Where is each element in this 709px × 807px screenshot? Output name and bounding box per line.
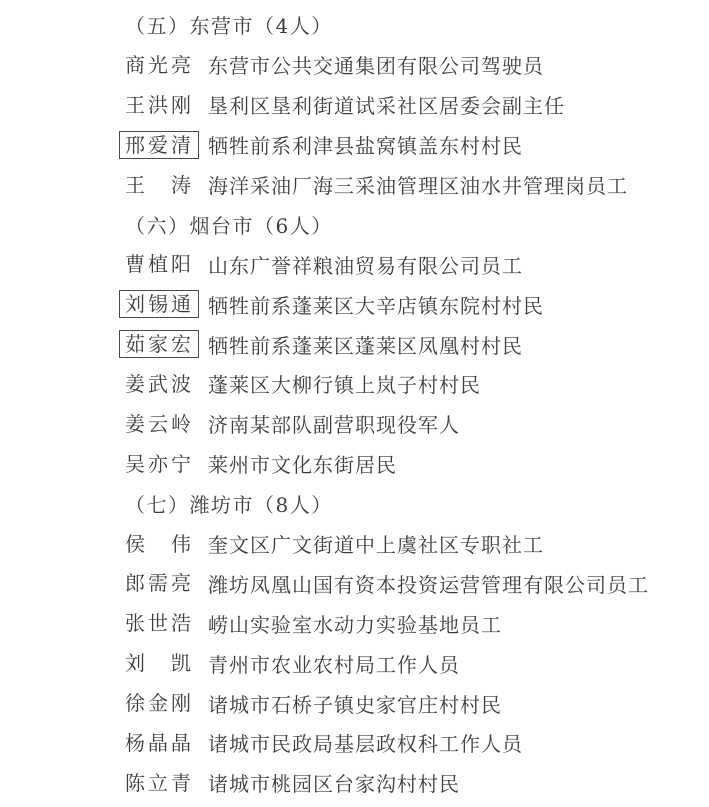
section-header-2: （六）烟台市（6人） [125, 204, 689, 244]
person-entry: 刘 凯青州市农业农村局工作人员 [125, 643, 689, 683]
person-description: 海洋采油厂海三采油管理区油水井管理岗员工 [208, 170, 628, 199]
person-description: 垦利区垦利街道试采社区居委会副主任 [208, 90, 565, 119]
person-description: 诸城市桃园区台家沟村村民 [208, 768, 460, 797]
person-description: 崂山实验室水动力实验基地员工 [208, 609, 502, 638]
name-text: 曹植阳 [125, 252, 194, 276]
person-description: 诸城市石桥子镇史家官庄村村民 [208, 689, 502, 718]
person-name: 王洪刚 [125, 93, 208, 117]
person-entry: 郎需亮潍坊凤凰山国有资本投资运营管理有限公司员工 [125, 563, 689, 603]
person-name: 茹家宏 [125, 330, 208, 358]
person-description: 东营市公共交通集团有限公司驾驶员 [208, 50, 544, 79]
person-description: 牺牲前系蓬莱区蓬莱区凤凰村村民 [208, 330, 523, 359]
person-entry: 商光亮东营市公共交通集团有限公司驾驶员 [125, 45, 689, 85]
person-entry: 邢爱清牺牲前系利津县盐窝镇盖东村村民 [125, 125, 689, 165]
person-entry: 徐金刚诸城市石桥子镇史家官庄村村民 [125, 683, 689, 723]
name-text: 徐金刚 [125, 691, 194, 715]
name-text: 商光亮 [125, 53, 194, 77]
name-text: 刘 凯 [125, 651, 194, 675]
person-name: 徐金刚 [125, 691, 208, 715]
person-name: 邢爱清 [125, 131, 208, 159]
person-description: 奎文区广文街道中上虞社区专职社工 [208, 529, 544, 558]
section-header-1: （五）东营市（4人） [125, 5, 689, 45]
name-text: 张世浩 [125, 611, 194, 635]
person-name: 郎需亮 [125, 571, 208, 595]
person-entry: 杨晶晶诸城市民政局基层政权科工作人员 [125, 723, 689, 763]
person-entry: 姜武波蓬莱区大柳行镇上岚子村村民 [125, 364, 689, 404]
person-entry: 张世浩崂山实验室水动力实验基地员工 [125, 603, 689, 643]
person-name: 刘 凯 [125, 651, 208, 675]
person-description: 莱州市文化东街居民 [208, 449, 397, 478]
section-header-3: （七）潍坊市（8人） [125, 484, 689, 524]
document-page: （五）东营市（4人）商光亮东营市公共交通集团有限公司驾驶员王洪刚垦利区垦利街道试… [0, 0, 709, 807]
name-text: 陈立青 [125, 771, 194, 795]
person-entry: 茹家宏牺牲前系蓬莱区蓬莱区凤凰村村民 [125, 324, 689, 364]
deceased-name-box: 刘锡通 [119, 290, 199, 318]
person-name: 杨晶晶 [125, 731, 208, 755]
person-entry: 刘锡通牺牲前系蓬莱区大辛店镇东院村村民 [125, 284, 689, 324]
person-entry: 姜云岭济南某部队副营职现役军人 [125, 404, 689, 444]
person-description: 青州市农业农村局工作人员 [208, 649, 460, 678]
person-name: 姜云岭 [125, 412, 208, 436]
person-description: 牺牲前系利津县盐窝镇盖东村村民 [208, 130, 523, 159]
name-text: 侯 伟 [125, 532, 194, 556]
person-description: 牺牲前系蓬莱区大辛店镇东院村村民 [208, 290, 544, 319]
person-name: 吴亦宁 [125, 452, 208, 476]
person-name: 侯 伟 [125, 532, 208, 556]
deceased-name-box: 茹家宏 [119, 330, 199, 358]
person-entry: 吴亦宁莱州市文化东街居民 [125, 444, 689, 484]
name-text: 吴亦宁 [125, 452, 194, 476]
person-name: 张世浩 [125, 611, 208, 635]
name-text: 姜云岭 [125, 412, 194, 436]
name-text: 王洪刚 [125, 93, 194, 117]
person-name: 曹植阳 [125, 252, 208, 276]
person-entry: 陈立青诸城市桃园区台家沟村村民 [125, 763, 689, 803]
person-name: 王 涛 [125, 173, 208, 197]
person-name: 陈立青 [125, 771, 208, 795]
person-description: 济南某部队副营职现役军人 [208, 409, 460, 438]
name-text: 杨晶晶 [125, 731, 194, 755]
person-entry: 侯 伟奎文区广文街道中上虞社区专职社工 [125, 524, 689, 564]
name-text: 郎需亮 [125, 571, 194, 595]
person-description: 蓬莱区大柳行镇上岚子村村民 [208, 369, 481, 398]
person-entry: 王 涛海洋采油厂海三采油管理区油水井管理岗员工 [125, 165, 689, 205]
person-name: 商光亮 [125, 53, 208, 77]
person-description: 潍坊凤凰山国有资本投资运营管理有限公司员工 [208, 569, 649, 598]
person-name: 姜武波 [125, 372, 208, 396]
deceased-name-box: 邢爱清 [119, 131, 199, 159]
person-entry: 王洪刚垦利区垦利街道试采社区居委会副主任 [125, 85, 689, 125]
person-name: 刘锡通 [125, 290, 208, 318]
person-description: 山东广誉祥粮油贸易有限公司员工 [208, 250, 523, 279]
name-text: 姜武波 [125, 372, 194, 396]
person-entry: 曹植阳山东广誉祥粮油贸易有限公司员工 [125, 244, 689, 284]
person-description: 诸城市民政局基层政权科工作人员 [208, 728, 523, 757]
name-text: 王 涛 [125, 173, 194, 197]
